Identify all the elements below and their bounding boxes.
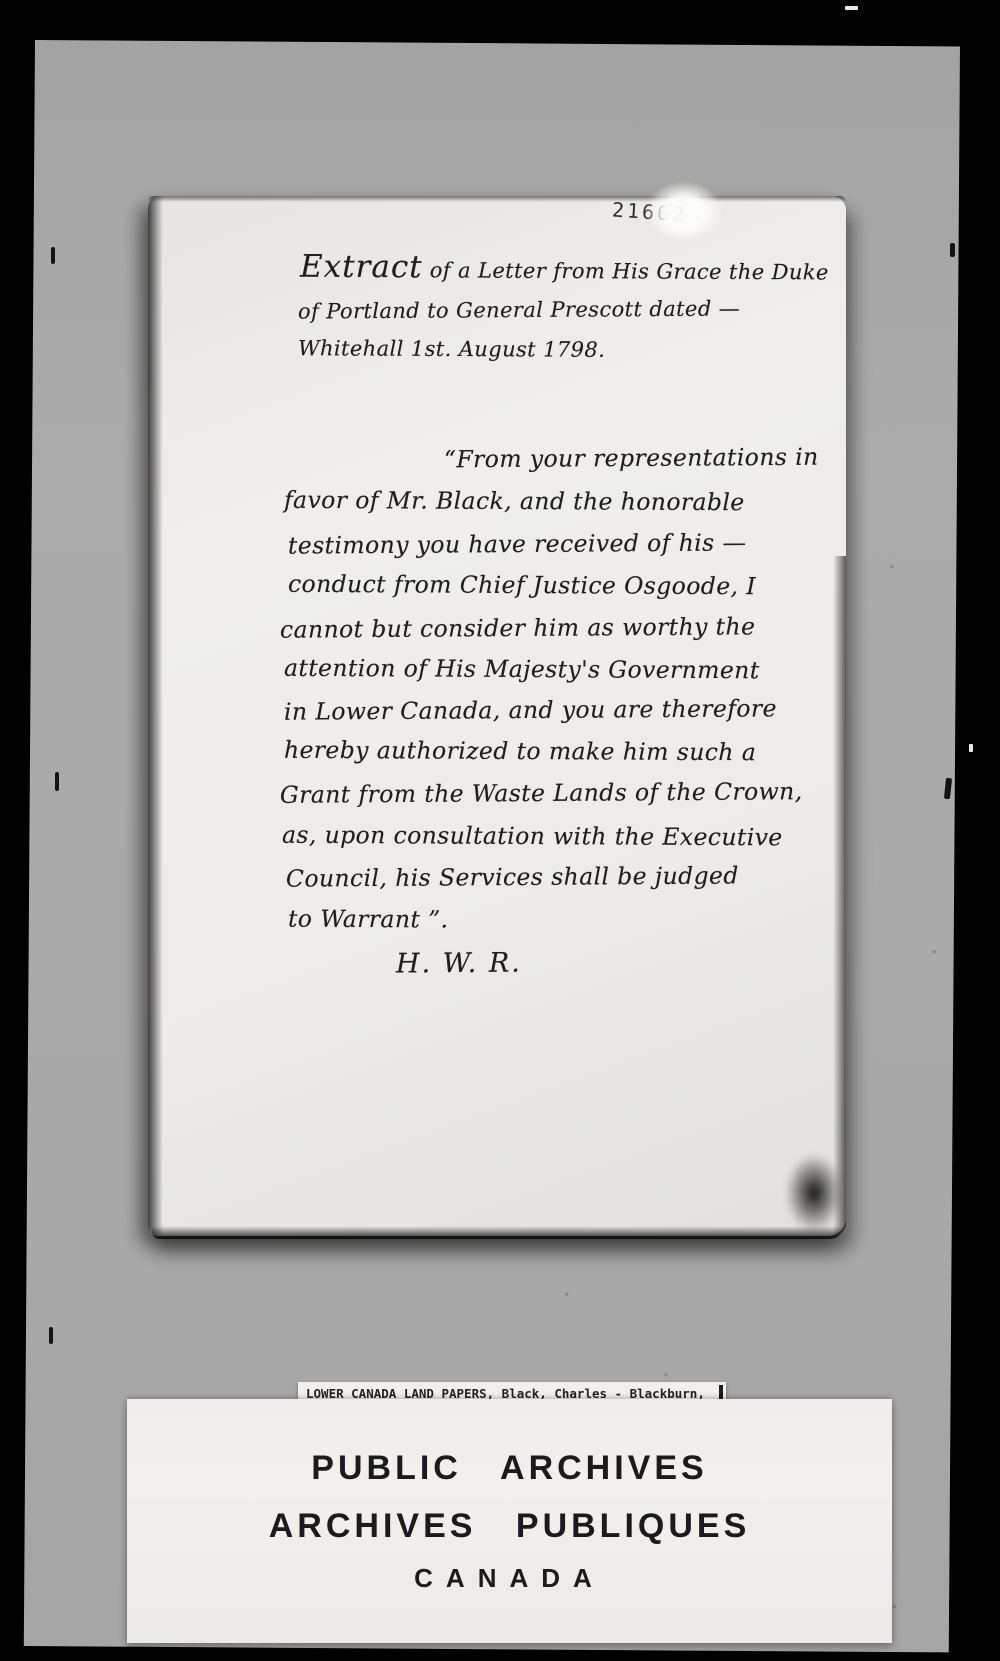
signature-initials: H. W. R. bbox=[396, 948, 522, 980]
manuscript-heading-line: of Portland to General Prescott dated — bbox=[298, 296, 740, 323]
manuscript-line: in Lower Canada, and you are therefore bbox=[284, 694, 777, 725]
manuscript-line: Council, his Services shall be judged bbox=[286, 861, 739, 892]
archival-scan: Extract of a Letter from His Grace the D… bbox=[0, 0, 1000, 1661]
archives-card-line-french: ARCHIVES PUBLIQUES bbox=[127, 1507, 892, 1546]
paper-damage-spot bbox=[645, 182, 723, 242]
archives-card-line-english: PUBLIC ARCHIVES bbox=[127, 1449, 892, 1488]
film-speck bbox=[969, 744, 973, 752]
archives-stamp-card: PUBLIC ARCHIVES ARCHIVES PUBLIQUES CANAD… bbox=[127, 1399, 892, 1643]
manuscript-line: Grant from the Waste Lands of the Crown, bbox=[280, 777, 803, 809]
manuscript-line: cannot but consider him as worthy the bbox=[280, 612, 756, 643]
film-speck bbox=[845, 6, 858, 10]
letter-page: Extract of a Letter from His Grace the D… bbox=[148, 196, 846, 1236]
manuscript-line: as, upon consultation with the Executive bbox=[282, 821, 783, 852]
page-edge-shadow bbox=[833, 556, 846, 1236]
page-edge-shadow bbox=[774, 1138, 854, 1248]
manuscript-line: to Warrant ”. bbox=[288, 905, 449, 934]
manuscript-line: favor of Mr. Black, and the honorable bbox=[284, 486, 745, 516]
archives-card-line-canada: CANADA bbox=[127, 1563, 892, 1594]
manuscript-line: testimony you have received of his — bbox=[288, 528, 747, 559]
film-registration-mark bbox=[51, 247, 55, 264]
film-registration-mark bbox=[950, 243, 955, 257]
manuscript-word-extract: Extract bbox=[300, 249, 423, 286]
manuscript-line: attention of His Majesty's Government bbox=[284, 654, 760, 684]
manuscript-line: “From your representations in bbox=[444, 443, 819, 474]
manuscript-heading-line: Extract of a Letter from His Grace the D… bbox=[300, 249, 829, 288]
manuscript-line: hereby authorized to make him such a bbox=[284, 736, 756, 766]
film-registration-mark bbox=[49, 1327, 53, 1344]
film-registration-mark bbox=[55, 772, 59, 791]
manuscript-line: conduct from Chief Justice Osgoode, I bbox=[288, 570, 756, 600]
manuscript-heading-text: of a Letter from His Grace the Duke bbox=[423, 258, 829, 284]
manuscript-heading-line: Whitehall 1st. August 1798. bbox=[298, 336, 605, 362]
page-edge-shadow bbox=[152, 1226, 843, 1239]
film-speck bbox=[35, 40, 36, 41]
